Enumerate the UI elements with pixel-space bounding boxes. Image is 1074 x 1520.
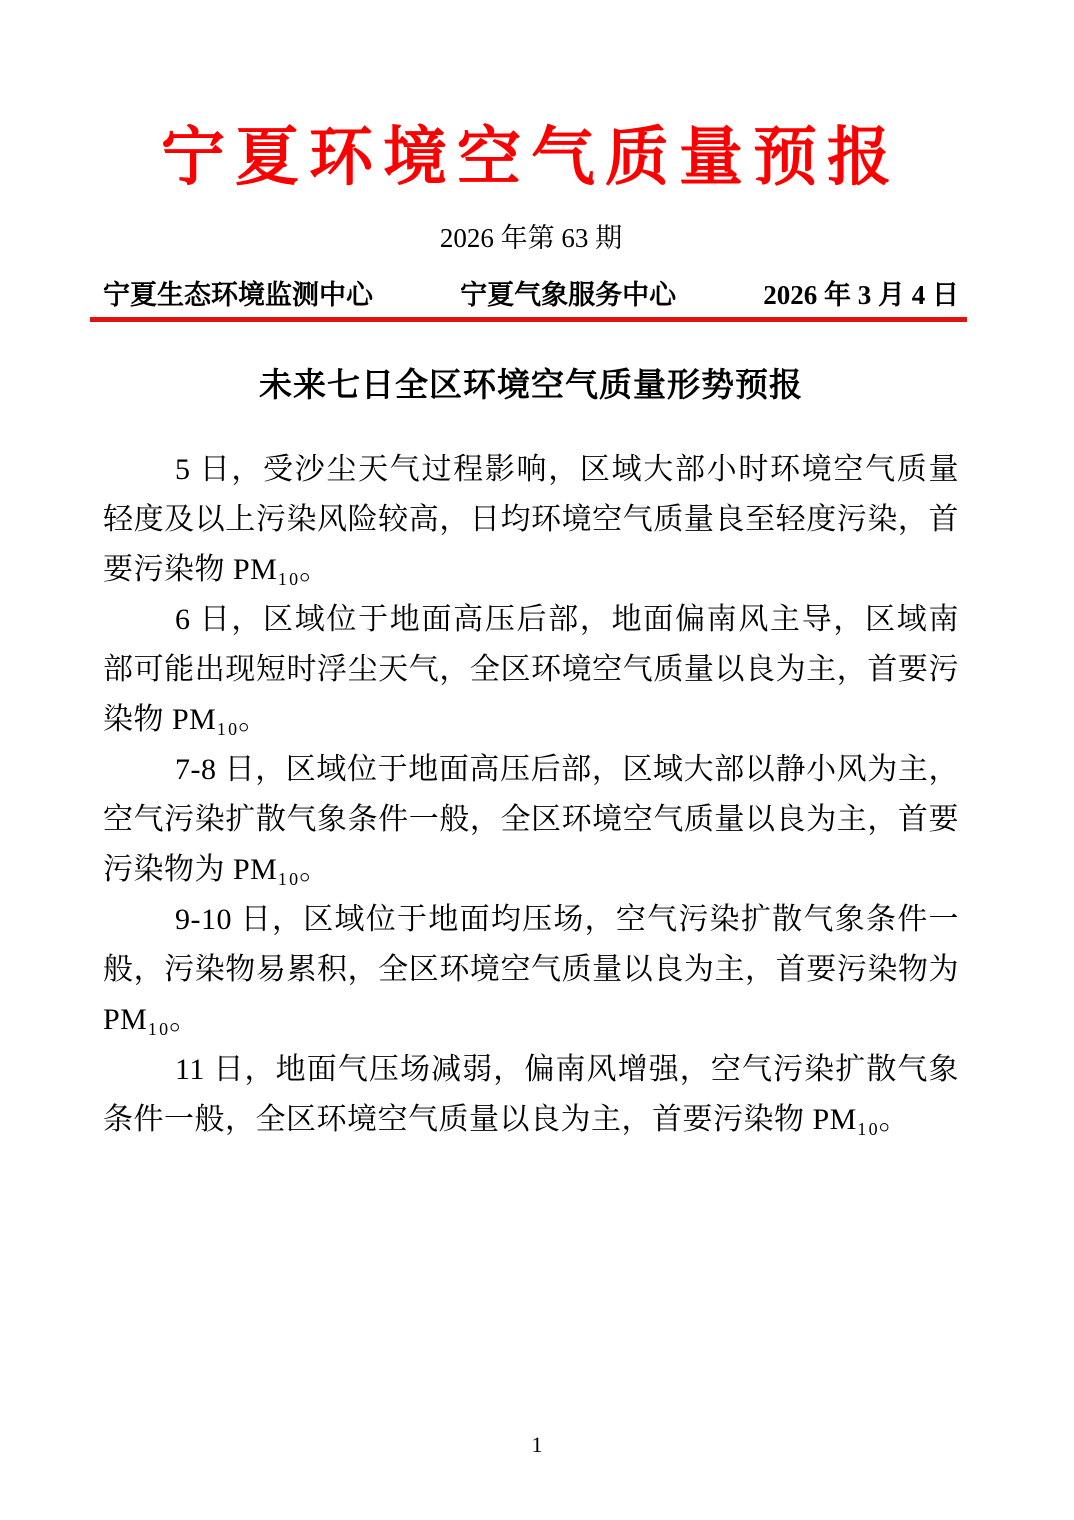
- forecast-paragraph-day6: 6 日，区域位于地面高压后部，地面偏南风主导，区域南部可能出现短时浮尘天气，全区…: [103, 595, 959, 745]
- forecast-paragraph-day7-8: 7-8 日，区域位于地面高压后部，区域大部以静小风为主，空气污染扩散气象条件一般…: [103, 745, 959, 895]
- masthead-left-org: 宁夏生态环境监测中心: [103, 280, 373, 310]
- document-page: 宁夏环境空气质量预报 2026 年第 63 期 宁夏生态环境监测中心 宁夏气象服…: [0, 0, 1074, 1520]
- forecast-paragraph-day9-10: 9-10 日，区域位于地面均压场，空气污染扩散气象条件一般，污染物易累积，全区环…: [103, 895, 959, 1045]
- section-heading: 未来七日全区环境空气质量形势预报: [103, 365, 959, 405]
- masthead-center-org: 宁夏气象服务中心: [460, 280, 676, 310]
- masthead-rule: [90, 317, 967, 322]
- masthead-date: 2026 年 3 月 4 日: [763, 280, 959, 310]
- forecast-paragraph-day5: 5 日，受沙尘天气过程影响，区域大部小时环境空气质量轻度及以上污染风险较高，日均…: [103, 445, 959, 595]
- forecast-body: 5 日，受沙尘天气过程影响，区域大部小时环境空气质量轻度及以上污染风险较高，日均…: [103, 445, 959, 1145]
- document-title: 宁夏环境空气质量预报: [103, 112, 959, 204]
- issue-number: 2026 年第 63 期: [103, 222, 959, 254]
- masthead: 宁夏生态环境监测中心 宁夏气象服务中心 2026 年 3 月 4 日: [103, 280, 959, 310]
- page-number: 1: [0, 1432, 1074, 1458]
- forecast-paragraph-day11: 11 日，地面气压场减弱，偏南风增强，空气污染扩散气象条件一般，全区环境空气质量…: [103, 1045, 959, 1145]
